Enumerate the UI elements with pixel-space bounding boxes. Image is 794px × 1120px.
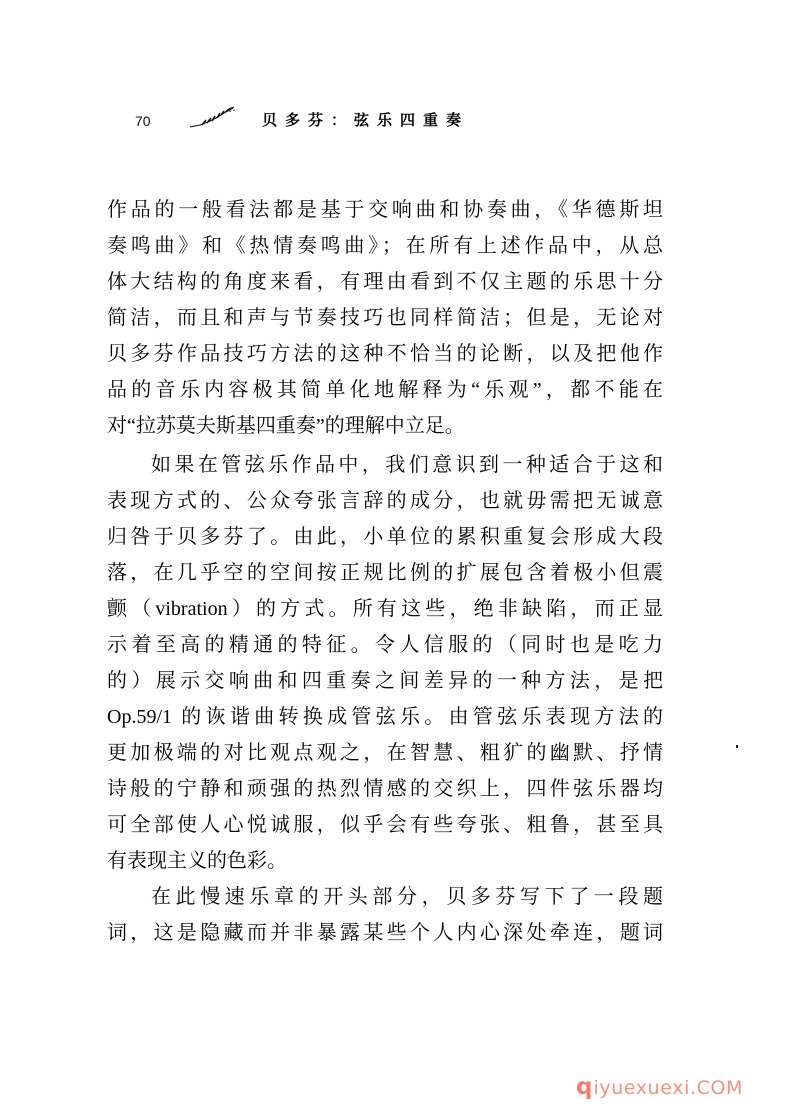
watermark-text: iyuexuexi.COM bbox=[593, 1077, 743, 1099]
text-line: 示着至高的精通的特征。令人信服的（同时也是吃力 bbox=[107, 627, 663, 663]
text-line: 体大结构的角度来看，有理由看到不仅主题的乐思十分 bbox=[107, 264, 663, 300]
text-line: 贝多芬作品技巧方法的这种不恰当的论断，以及把他作 bbox=[107, 336, 663, 372]
text-line: 品的音乐内容极其简单化地解释为“乐观”，都不能在 bbox=[107, 372, 663, 408]
watermark-logo-letter: q bbox=[576, 1074, 593, 1100]
text-line: 词，这是隐藏而并非暴露某些个人内心深处牵连，题词 bbox=[107, 915, 663, 951]
text-line: 如果在管弦乐作品中，我们意识到一种适合于这和 bbox=[107, 447, 663, 483]
body-text: 作品的一般看法都是基于交响曲和协奏曲，《华德斯坦 奏鸣曲》和《热情奏鸣曲》；在所… bbox=[0, 0, 794, 1120]
text-line: 奏鸣曲》和《热情奏鸣曲》；在所有上述作品中，从总 bbox=[107, 228, 663, 264]
watermark: qiyuexuexi.COM bbox=[576, 1076, 743, 1099]
text-line: 归咎于贝多芬了。由此，小单位的累积重复会形成大段 bbox=[107, 519, 663, 555]
text-line: 的）展示交响曲和四重奏之间差异的一种方法，是把 bbox=[107, 663, 663, 699]
text-line: 有表现主义的色彩。 bbox=[107, 843, 663, 879]
text-line: 可全部使人心悦诚服，似乎会有些夸张、粗鲁，甚至具 bbox=[107, 807, 663, 843]
paragraph: 在此慢速乐章的开头部分，贝多芬写下了一段题 词，这是隐藏而并非暴露某些个人内心深… bbox=[107, 879, 663, 951]
text-line: 简洁，而且和声与节奏技巧也同样简洁；但是，无论对 bbox=[107, 300, 663, 336]
text-line: 对“拉苏莫夫斯基四重奏”的理解中立足。 bbox=[107, 408, 663, 444]
text-line: 颤（vibration）的方式。所有这些，绝非缺陷，而正显 bbox=[107, 591, 663, 627]
text-line: Op.59/1 的诙谐曲转换成管弦乐。由管弦乐表现方法的 bbox=[107, 699, 663, 735]
text-line: 在此慢速乐章的开头部分，贝多芬写下了一段题 bbox=[107, 879, 663, 915]
scan-speck bbox=[736, 745, 738, 748]
paragraph: 作品的一般看法都是基于交响曲和协奏曲，《华德斯坦 奏鸣曲》和《热情奏鸣曲》；在所… bbox=[107, 192, 663, 444]
text-line: 落，在几乎空的空间按正规比例的扩展包含着极小但震 bbox=[107, 555, 663, 591]
paragraph: 如果在管弦乐作品中，我们意识到一种适合于这和 表现方式的、公众夸张言辞的成分，也… bbox=[107, 447, 663, 879]
text-line: 表现方式的、公众夸张言辞的成分，也就毋需把无诚意 bbox=[107, 483, 663, 519]
text-line: 诗般的宁静和顽强的热烈情感的交织上，四件弦乐器均 bbox=[107, 771, 663, 807]
text-line: 更加极端的对比观点观之，在智慧、粗犷的幽默、抒情 bbox=[107, 735, 663, 771]
text-line: 作品的一般看法都是基于交响曲和协奏曲，《华德斯坦 bbox=[107, 192, 663, 228]
